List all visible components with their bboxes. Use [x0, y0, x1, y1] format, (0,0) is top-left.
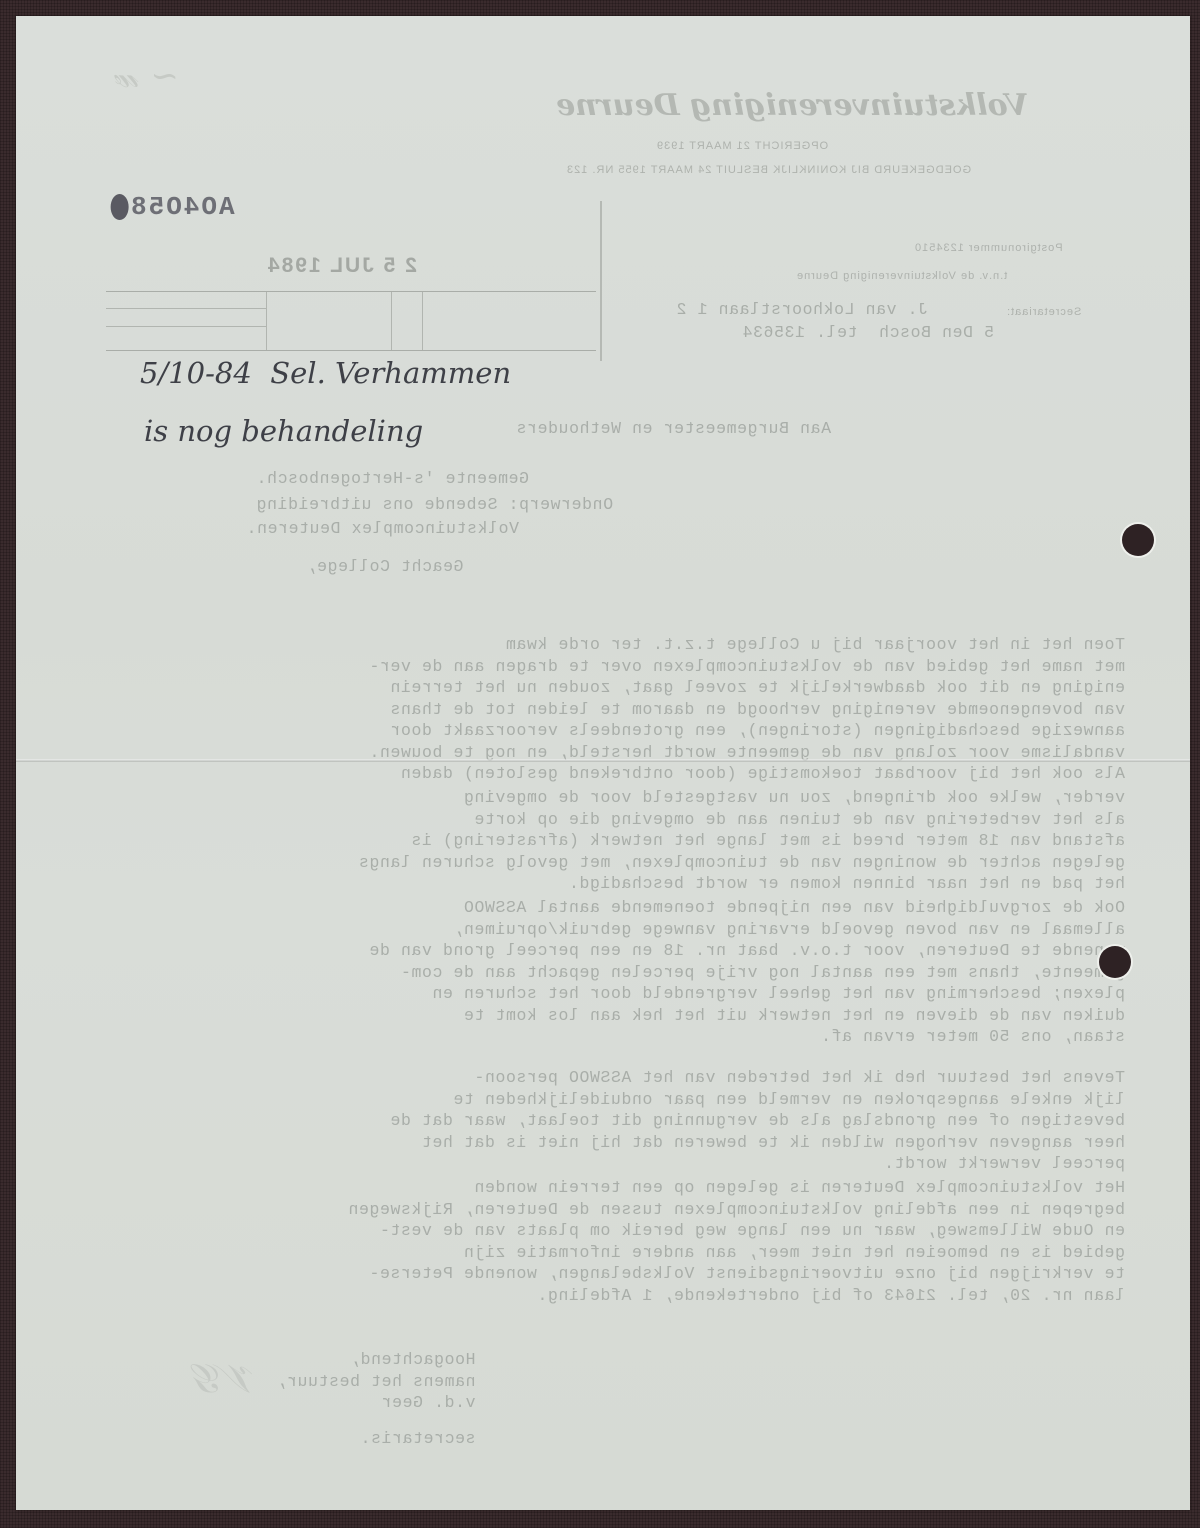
registration-stamp: AO4O58: [111, 192, 235, 222]
subject-line-2: Volkstuincomplex Deuteren.: [246, 518, 519, 540]
handwritten-note-line1: 5/10-84 Sel. Verhammen: [140, 356, 511, 390]
letterhead-founded: OPGERICHT 21 MAART 1939: [656, 140, 828, 152]
stamp-grid: [106, 291, 596, 351]
paper-fold-crease: [16, 759, 1190, 762]
letterhead-giro: Postgironummer 1234510: [914, 242, 1063, 254]
letterhead-royal-decree: GOEDGEKEURD BIJ KONINKLIJK BESLUIT 24 MA…: [566, 164, 971, 176]
faint-signature: 𝒱𝒢: [196, 1356, 258, 1402]
subject-line-1: Onderwerp: Sebende ons uitbreiding: [256, 494, 613, 516]
letter-page: ~ 𝓌 Volkstuinvereniging Deurne OPGERICHT…: [16, 16, 1190, 1510]
closing-block: Hoogachtend,namens het bestuur,v.d. Geer…: [276, 1306, 476, 1492]
addressee-line-1: Aan Burgemeester en Wethouders: [516, 418, 831, 440]
letterhead-address-1: J. van Lokhoorstlaan 1 2: [676, 299, 928, 321]
letterhead-title: Volkstuinvereniging Deurne: [556, 88, 1028, 123]
handwritten-date: 5/10-84: [140, 356, 252, 390]
salutation: Geacht College,: [306, 556, 464, 578]
letterhead-secretariaat-label: Secretariaat:: [1006, 306, 1081, 318]
ink-blot-icon: [111, 194, 129, 220]
stamp-frame-line: [600, 201, 602, 361]
faint-pencil-scribble: ~ 𝓌: [116, 56, 179, 96]
handwritten-name: Sel. Verhammen: [270, 356, 511, 390]
letterhead-address-2: 5 Den Bosch tel. 135634: [742, 322, 994, 344]
addressee-line-2: Gemeente 's-Hertogenbosch.: [256, 468, 529, 490]
body-paragraph-5: Het volkstuincomplex Deuteren is gelegen…: [40, 1134, 1125, 1349]
received-date-stamp: 2 5 JUL 1984: [266, 254, 417, 278]
punch-hole-top: [1122, 524, 1154, 556]
handwritten-note-line2: is nog behandeling: [144, 414, 423, 448]
letterhead-org: t.n.v. de Volkstuinvereniging Deurne: [796, 270, 1007, 282]
punch-hole-bottom: [1099, 946, 1131, 978]
